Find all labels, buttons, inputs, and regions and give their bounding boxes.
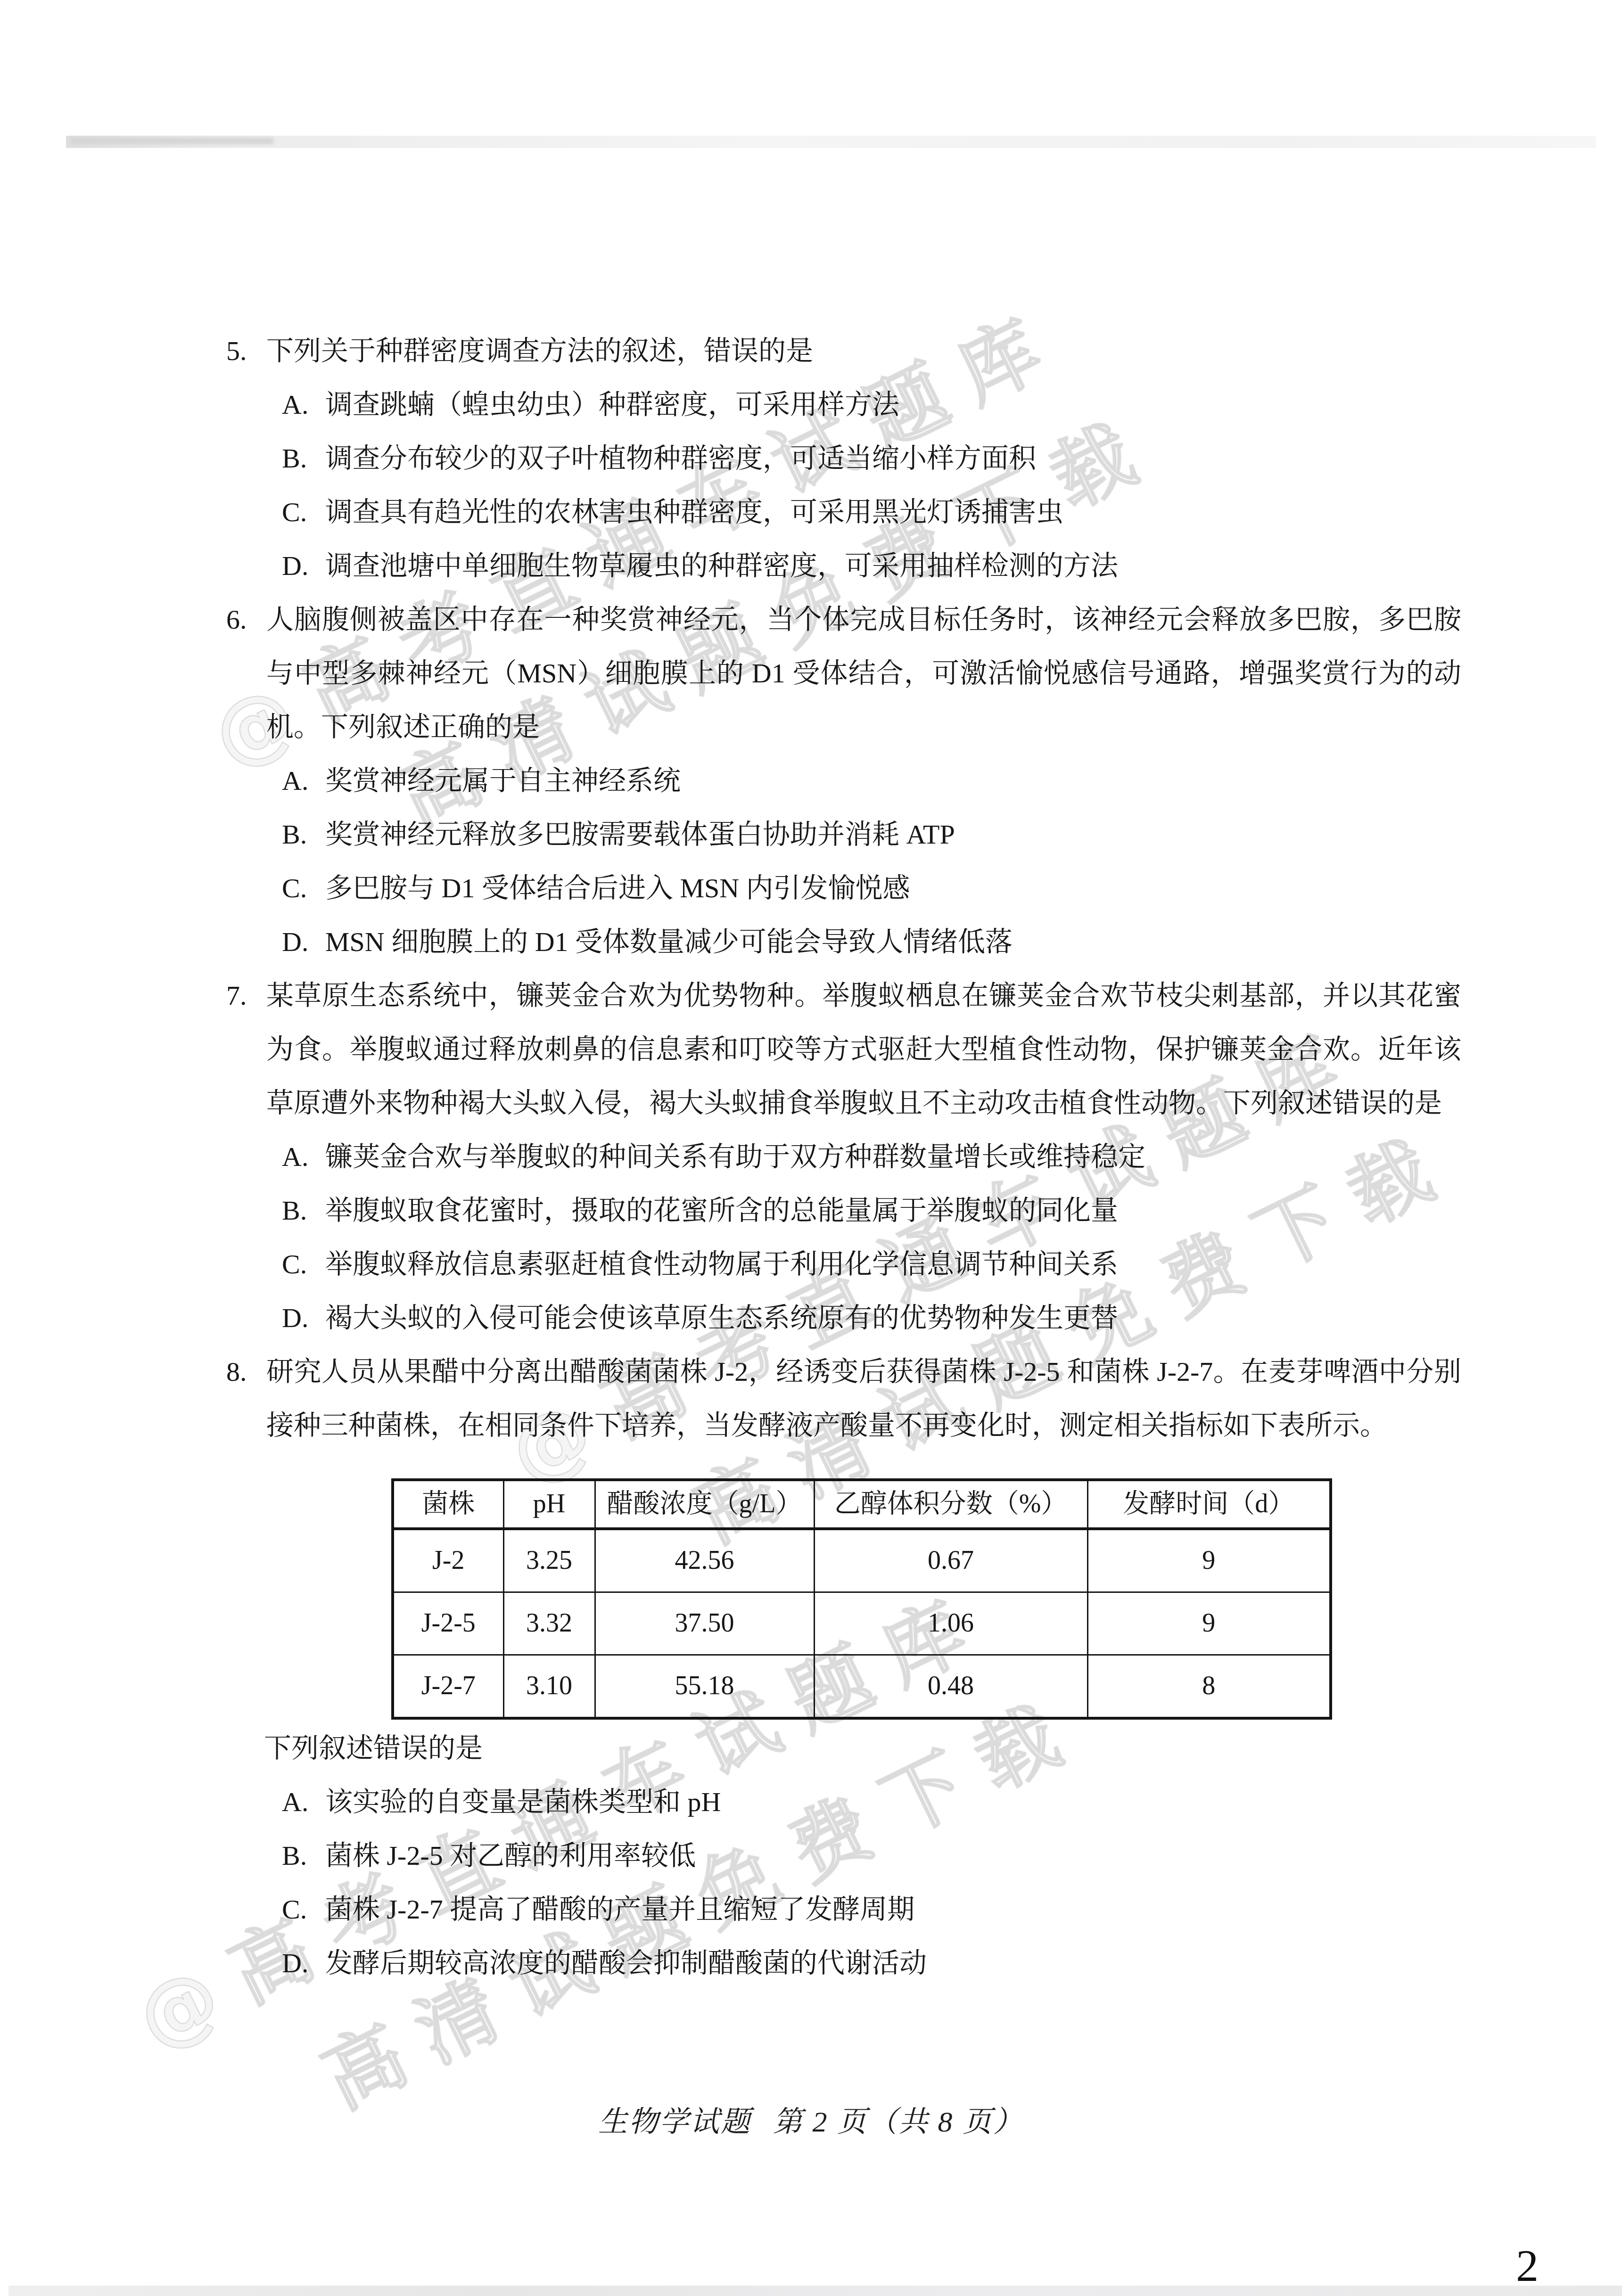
option-c: C.举腹蚁释放信息素驱赶植食性动物属于利用化学信息调节种间关系 bbox=[226, 1238, 1461, 1291]
question-number: 5. bbox=[226, 324, 266, 378]
option-a: A.镰荚金合欢与举腹蚁的种间关系有助于双方种群数量增长或维持稳定 bbox=[226, 1130, 1461, 1184]
question-5-head: 5. 下列关于种群密度调查方法的叙述，错误的是 bbox=[226, 324, 1461, 378]
option-letter: C. bbox=[282, 485, 325, 539]
option-letter: D. bbox=[282, 539, 325, 593]
footer-subject: 生物学试题 bbox=[598, 2106, 751, 2138]
exam-page: @高考直通车试题库高清试题免费下载 @高考直通车试题库高清试题免费下载 @高考直… bbox=[0, 0, 1622, 2296]
option-letter: D. bbox=[282, 1291, 325, 1345]
option-letter: A. bbox=[282, 1130, 325, 1184]
table-header-cell: 乙醇体积分数（%） bbox=[814, 1480, 1087, 1529]
option-text: 镰荚金合欢与举腹蚁的种间关系有助于双方种群数量增长或维持稳定 bbox=[325, 1130, 1461, 1184]
table-cell: 3.32 bbox=[503, 1592, 595, 1655]
option-c: C.多巴胺与 D1 受体结合后进入 MSN 内引发愉悦感 bbox=[226, 861, 1461, 915]
option-text: 举腹蚁取食花蜜时，摄取的花蜜所含的总能量属于举腹蚁的同化量 bbox=[325, 1184, 1461, 1238]
table-row: J-2-7 3.10 55.18 0.48 8 bbox=[393, 1655, 1331, 1719]
table-cell: J-2-5 bbox=[393, 1592, 503, 1655]
option-d: D.褐大头蚁的入侵可能会使该草原生态系统原有的优势物种发生更替 bbox=[226, 1291, 1461, 1345]
table-cell: 3.25 bbox=[503, 1529, 595, 1592]
table-header-cell: 发酵时间（d） bbox=[1087, 1480, 1331, 1529]
table-cell: 37.50 bbox=[595, 1592, 814, 1655]
option-letter: B. bbox=[282, 808, 325, 861]
table-cell: 0.48 bbox=[814, 1655, 1087, 1719]
table-header-row: 菌株 pH 醋酸浓度（g/L） 乙醇体积分数（%） 发酵时间（d） bbox=[393, 1480, 1331, 1529]
question-8: 8. 研究人员从果醋中分离出醋酸菌菌株 J-2，经诱变后获得菌株 J-2-5 和… bbox=[226, 1345, 1461, 1990]
option-letter: C. bbox=[282, 1238, 325, 1291]
table-cell: 0.67 bbox=[814, 1529, 1087, 1592]
page-number: 2 bbox=[1516, 2239, 1539, 2292]
table-cell: 1.06 bbox=[814, 1592, 1087, 1655]
question-5-options: A.调查跳蝻（蝗虫幼虫）种群密度，可采用样方法 B.调查分布较少的双子叶植物种群… bbox=[226, 378, 1461, 593]
question-8-options: A.该实验的自变量是菌株类型和 pH B.菌株 J-2-5 对乙醇的利用率较低 … bbox=[226, 1775, 1461, 1990]
question-6: 6. 人脑腹侧被盖区中存在一种奖赏神经元，当个体完成目标任务时，该神经元会释放多… bbox=[226, 593, 1461, 969]
scan-artifact-bottom bbox=[8, 2286, 1622, 2296]
option-d: D.MSN 细胞膜上的 D1 受体数量减少可能会导致人情绪低落 bbox=[226, 915, 1461, 969]
option-text: 菌株 J-2-7 提高了醋酸的产量并且缩短了发酵周期 bbox=[325, 1883, 1461, 1936]
option-a: A.调查跳蝻（蝗虫幼虫）种群密度，可采用样方法 bbox=[226, 378, 1461, 432]
table-cell: 3.10 bbox=[503, 1655, 595, 1719]
table-cell: 9 bbox=[1087, 1529, 1331, 1592]
option-text: 奖赏神经元释放多巴胺需要载体蛋白协助并消耗 ATP bbox=[325, 808, 1461, 861]
option-c: C.菌株 J-2-7 提高了醋酸的产量并且缩短了发酵周期 bbox=[226, 1883, 1461, 1936]
table-cell: 42.56 bbox=[595, 1529, 814, 1592]
option-letter: C. bbox=[282, 1883, 325, 1936]
question-stem: 下列关于种群密度调查方法的叙述，错误的是 bbox=[266, 324, 1461, 378]
scan-smudge bbox=[71, 138, 273, 144]
option-letter: A. bbox=[282, 1775, 325, 1829]
footer-page-info: 第 2 页（共 8 页） bbox=[773, 2106, 1024, 2138]
questions-area: 5. 下列关于种群密度调查方法的叙述，错误的是 A.调查跳蝻（蝗虫幼虫）种群密度… bbox=[226, 324, 1461, 1990]
option-b: B.奖赏神经元释放多巴胺需要载体蛋白协助并消耗 ATP bbox=[226, 808, 1461, 861]
option-text: 调查跳蝻（蝗虫幼虫）种群密度，可采用样方法 bbox=[325, 378, 1461, 432]
question-stem: 某草原生态系统中，镰荚金合欢为优势物种。举腹蚁栖息在镰荚金合欢节枝尖刺基部，并以… bbox=[266, 969, 1461, 1130]
option-letter: B. bbox=[282, 1829, 325, 1883]
option-text: 多巴胺与 D1 受体结合后进入 MSN 内引发愉悦感 bbox=[325, 861, 1461, 915]
table-header-cell: 醋酸浓度（g/L） bbox=[595, 1480, 814, 1529]
option-a: A.该实验的自变量是菌株类型和 pH bbox=[226, 1775, 1461, 1829]
option-letter: B. bbox=[282, 432, 325, 485]
scan-artifact-top bbox=[66, 136, 1596, 148]
option-letter: A. bbox=[282, 378, 325, 432]
option-text: 褐大头蚁的入侵可能会使该草原生态系统原有的优势物种发生更替 bbox=[325, 1291, 1461, 1345]
question-7-head: 7. 某草原生态系统中，镰荚金合欢为优势物种。举腹蚁栖息在镰荚金合欢节枝尖刺基部… bbox=[226, 969, 1461, 1130]
table-cell: J-2-7 bbox=[393, 1655, 503, 1719]
question-number: 6. bbox=[226, 593, 266, 647]
option-b: B.调查分布较少的双子叶植物种群密度，可适当缩小样方面积 bbox=[226, 432, 1461, 485]
option-text: 调查具有趋光性的农林害虫种群密度，可采用黑光灯诱捕害虫 bbox=[325, 485, 1461, 539]
option-letter: B. bbox=[282, 1184, 325, 1238]
option-d: D.调查池塘中单细胞生物草履虫的种群密度，可采用抽样检测的方法 bbox=[226, 539, 1461, 593]
strain-table: 菌株 pH 醋酸浓度（g/L） 乙醇体积分数（%） 发酵时间（d） J-2 3.… bbox=[391, 1478, 1332, 1720]
table-cell: 55.18 bbox=[595, 1655, 814, 1719]
question-7: 7. 某草原生态系统中，镰荚金合欢为优势物种。举腹蚁栖息在镰荚金合欢节枝尖刺基部… bbox=[226, 969, 1461, 1345]
table-row: J-2-5 3.32 37.50 1.06 9 bbox=[393, 1592, 1331, 1655]
option-b: B.菌株 J-2-5 对乙醇的利用率较低 bbox=[226, 1829, 1461, 1883]
question-stem: 研究人员从果醋中分离出醋酸菌菌株 J-2，经诱变后获得菌株 J-2-5 和菌株 … bbox=[266, 1345, 1461, 1452]
option-text: 发酵后期较高浓度的醋酸会抑制醋酸菌的代谢活动 bbox=[325, 1936, 1461, 1990]
option-text: 该实验的自变量是菌株类型和 pH bbox=[325, 1775, 1461, 1829]
option-text: 举腹蚁释放信息素驱赶植食性动物属于利用化学信息调节种间关系 bbox=[325, 1238, 1461, 1291]
question-6-head: 6. 人脑腹侧被盖区中存在一种奖赏神经元，当个体完成目标任务时，该神经元会释放多… bbox=[226, 593, 1461, 754]
table-cell: J-2 bbox=[393, 1529, 503, 1592]
option-text: 调查池塘中单细胞生物草履虫的种群密度，可采用抽样检测的方法 bbox=[325, 539, 1461, 593]
option-letter: A. bbox=[282, 754, 325, 808]
option-text: 调查分布较少的双子叶植物种群密度，可适当缩小样方面积 bbox=[325, 432, 1461, 485]
option-letter: C. bbox=[282, 861, 325, 915]
question-number: 8. bbox=[226, 1345, 266, 1399]
question-6-options: A.奖赏神经元属于自主神经系统 B.奖赏神经元释放多巴胺需要载体蛋白协助并消耗 … bbox=[226, 754, 1461, 969]
question-number: 7. bbox=[226, 969, 266, 1023]
page-footer: 生物学试题第 2 页（共 8 页） bbox=[0, 2098, 1622, 2140]
option-d: D.发酵后期较高浓度的醋酸会抑制醋酸菌的代谢活动 bbox=[226, 1936, 1461, 1990]
question-8-prompt: 下列叙述错误的是 bbox=[264, 1722, 1461, 1775]
option-b: B.举腹蚁取食花蜜时，摄取的花蜜所含的总能量属于举腹蚁的同化量 bbox=[226, 1184, 1461, 1238]
option-text: 奖赏神经元属于自主神经系统 bbox=[325, 754, 1461, 808]
option-a: A.奖赏神经元属于自主神经系统 bbox=[226, 754, 1461, 808]
option-text: MSN 细胞膜上的 D1 受体数量减少可能会导致人情绪低落 bbox=[325, 915, 1461, 969]
option-text: 菌株 J-2-5 对乙醇的利用率较低 bbox=[325, 1829, 1461, 1883]
option-letter: D. bbox=[282, 915, 325, 969]
table-header-cell: pH bbox=[503, 1480, 595, 1529]
table-header-cell: 菌株 bbox=[393, 1480, 503, 1529]
option-letter: D. bbox=[282, 1936, 325, 1990]
question-5: 5. 下列关于种群密度调查方法的叙述，错误的是 A.调查跳蝻（蝗虫幼虫）种群密度… bbox=[226, 324, 1461, 593]
question-stem: 人脑腹侧被盖区中存在一种奖赏神经元，当个体完成目标任务时，该神经元会释放多巴胺，… bbox=[266, 593, 1461, 754]
table-row: J-2 3.25 42.56 0.67 9 bbox=[393, 1529, 1331, 1592]
table-cell: 9 bbox=[1087, 1592, 1331, 1655]
table-cell: 8 bbox=[1087, 1655, 1331, 1719]
question-7-options: A.镰荚金合欢与举腹蚁的种间关系有助于双方种群数量增长或维持稳定 B.举腹蚁取食… bbox=[226, 1130, 1461, 1345]
option-c: C.调查具有趋光性的农林害虫种群密度，可采用黑光灯诱捕害虫 bbox=[226, 485, 1461, 539]
question-8-head: 8. 研究人员从果醋中分离出醋酸菌菌株 J-2，经诱变后获得菌株 J-2-5 和… bbox=[226, 1345, 1461, 1452]
